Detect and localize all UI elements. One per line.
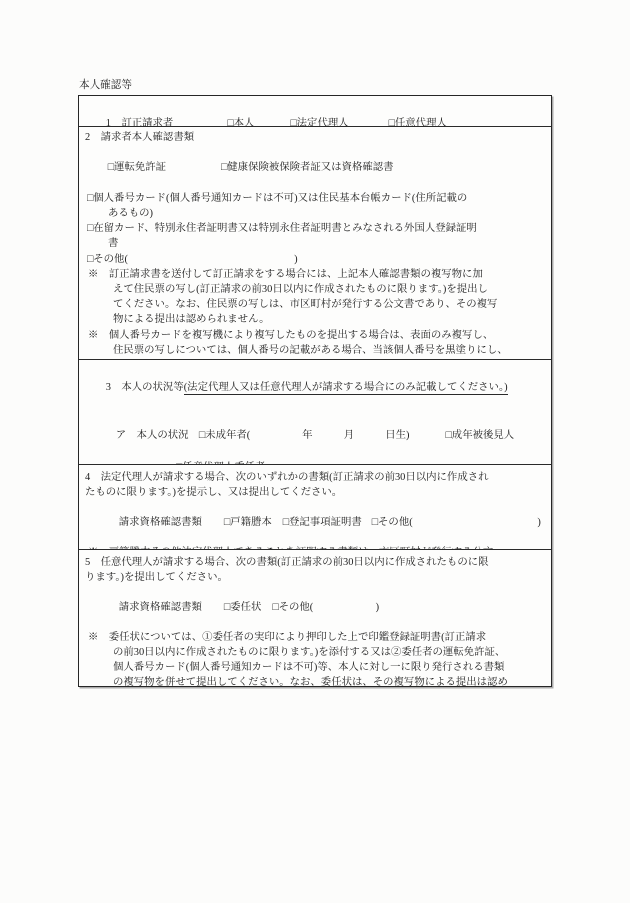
section4-paragraph-line1: 4 法定代理人が請求する場合、次のいずれかの書類(訂正請求の前30日以内に作成さ… (85, 470, 542, 485)
docs-label: 請求資格確認書類 (119, 517, 202, 528)
residence-card-wrap: 書 (108, 236, 542, 251)
section2-heading: 2 請求者本人確認書類 (85, 130, 542, 145)
row-1-requester: 1 訂正請求者□本人□法定代理人□任意代理人 (79, 96, 551, 126)
checkbox-other-voluntary-doc[interactable]: □その他( ) (272, 602, 379, 613)
section5-note-line2: の前30日以内に作成されたものに限ります。)を添付する又は②委任者の運転免許証、 (113, 645, 542, 660)
section4-paragraph-line2: たものに限ります。)を提示し、又は提出してください。 (85, 485, 542, 500)
section5-note-line3: 個人番号カード(個人番号通知カードは不可)等、本人に対し一に限り発行される書類 (113, 660, 542, 675)
checkbox-voluntary-agent[interactable]: □任意代理人 (389, 118, 447, 126)
note2-line1: ※ 個人番号カードを複写機により複写したものを提出する場合は、表面のみ複写し、 (88, 328, 542, 343)
section4-note-line1: ※ 戸籍謄本その他法定代理人であることを証明する書類は、市区町村が発行する公文 (88, 545, 542, 549)
checkbox-drivers-license[interactable]: □運転免許証 (108, 162, 166, 173)
section3-heading-note: (法定代理人又は任意代理人が請求する場合にのみ記載してください。) (184, 382, 508, 395)
section5-paragraph-line2: ります。)を提出してください。 (85, 570, 542, 585)
checkbox-legal-agent[interactable]: □法定代理人 (290, 118, 348, 126)
status-label: ア 本人の状況 (116, 430, 199, 441)
checkbox-power-of-attorney[interactable]: □委任状 (224, 602, 261, 613)
section3-heading-number: 3 本人の状況等 (106, 382, 184, 393)
row-2-id-documents: 2 請求者本人確認書類 □運転免許証□健康保険被保険者証又は資格確認書 □個人番… (79, 126, 551, 359)
section5-note-line4: の複写物を併せて提出してください。なお、委任状は、その複写物による提出は認め (113, 675, 542, 686)
checkbox-other-legal-doc[interactable]: □その他( ) (372, 517, 541, 528)
checkbox-self[interactable]: □本人 (227, 118, 254, 126)
docs-label: 請求資格確認書類 (119, 602, 202, 613)
status-line: ア 本人の状況 □未成年者( 年 月 日生)□成年被後見人 (95, 412, 542, 460)
checkbox-adult-ward[interactable]: □成年被後見人 (446, 430, 515, 441)
note1-line1: ※ 訂正請求書を送付して訂正請求をする場合には、上記本人確認書類の複写物に加 (88, 267, 542, 282)
checkbox-family-register[interactable]: □戸籍謄本 (224, 517, 272, 528)
page-title: 本人確認等 (79, 79, 132, 92)
checkbox-health-insurance[interactable]: □健康保険被保険者証又は資格確認書 (221, 162, 394, 173)
section5-docs-line: 請求資格確認書類□委任状□その他( ) (98, 585, 542, 630)
section5-note-line1: ※ 委任状については、①委任者の実印により押印した上で印鑑登録証明書(訂正請求 (88, 630, 542, 645)
section4-docs-line: 請求資格確認書類□戸籍謄本□登記事項証明書□その他( ) (98, 500, 542, 545)
document-page: 本人確認等 1 訂正請求者□本人□法定代理人□任意代理人 2 請求者本人確認書類… (0, 0, 630, 903)
mynumber-card-wrap: あるもの) (108, 206, 542, 221)
note2-line3: 被保険者証又は資格確認書を複写機により複写したものを提出する場合は、保険者 (113, 358, 542, 359)
checkbox-minor[interactable]: □未成年者( 年 月 日生) (199, 430, 410, 441)
requester-label: 1 訂正請求者 (106, 118, 174, 126)
checkbox-mynumber-card[interactable]: □個人番号カード(個人番号通知カードは不可)又は住民基本台帳カード(住所記載の (87, 191, 542, 206)
section3-heading: 3 本人の状況等(法定代理人又は任意代理人が請求する場合にのみ記載してください。… (85, 364, 542, 412)
note1-line4: 物による提出は認められません。 (113, 312, 542, 327)
id-doc-choices-line: □運転免許証□健康保険被保険者証又は資格確認書 (87, 145, 542, 191)
row-5-voluntary-agent: 5 任意代理人が請求する場合、次の書類(訂正請求の前30日以内に作成されたものに… (79, 549, 551, 686)
row-4-legal-agent: 4 法定代理人が請求する場合、次のいずれかの書類(訂正請求の前30日以内に作成さ… (79, 464, 551, 549)
checkbox-residence-card[interactable]: □在留カード、特別永住者証明書又は特別永住者証明書とみなされる外国人登録証明 (87, 221, 542, 236)
note2-line2: 住民票の写しについては、個人番号の記載がある場合、当該個人番号を黒塗りにし、 (113, 343, 542, 358)
note1-line3: てください。なお、住民票の写しは、市区町村が発行する公文書であり、その複写 (113, 297, 542, 312)
identity-verification-table: 1 訂正請求者□本人□法定代理人□任意代理人 2 請求者本人確認書類 □運転免許… (78, 95, 552, 687)
section5-paragraph-line1: 5 任意代理人が請求する場合、次の書類(訂正請求の前30日以内に作成されたものに… (85, 555, 542, 570)
checkbox-registry-certificate[interactable]: □登記事項証明書 (283, 517, 362, 528)
checkbox-other-doc[interactable]: □その他( ) (87, 252, 542, 267)
note1-line2: えて住民票の写し(訂正請求の前30日以内に作成されたものに限ります。)を提出し (113, 282, 542, 297)
row-3-principal-status: 3 本人の状況等(法定代理人又は任意代理人が請求する場合にのみ記載してください。… (79, 359, 551, 464)
requester-line: 1 訂正請求者□本人□法定代理人□任意代理人 (85, 104, 542, 126)
